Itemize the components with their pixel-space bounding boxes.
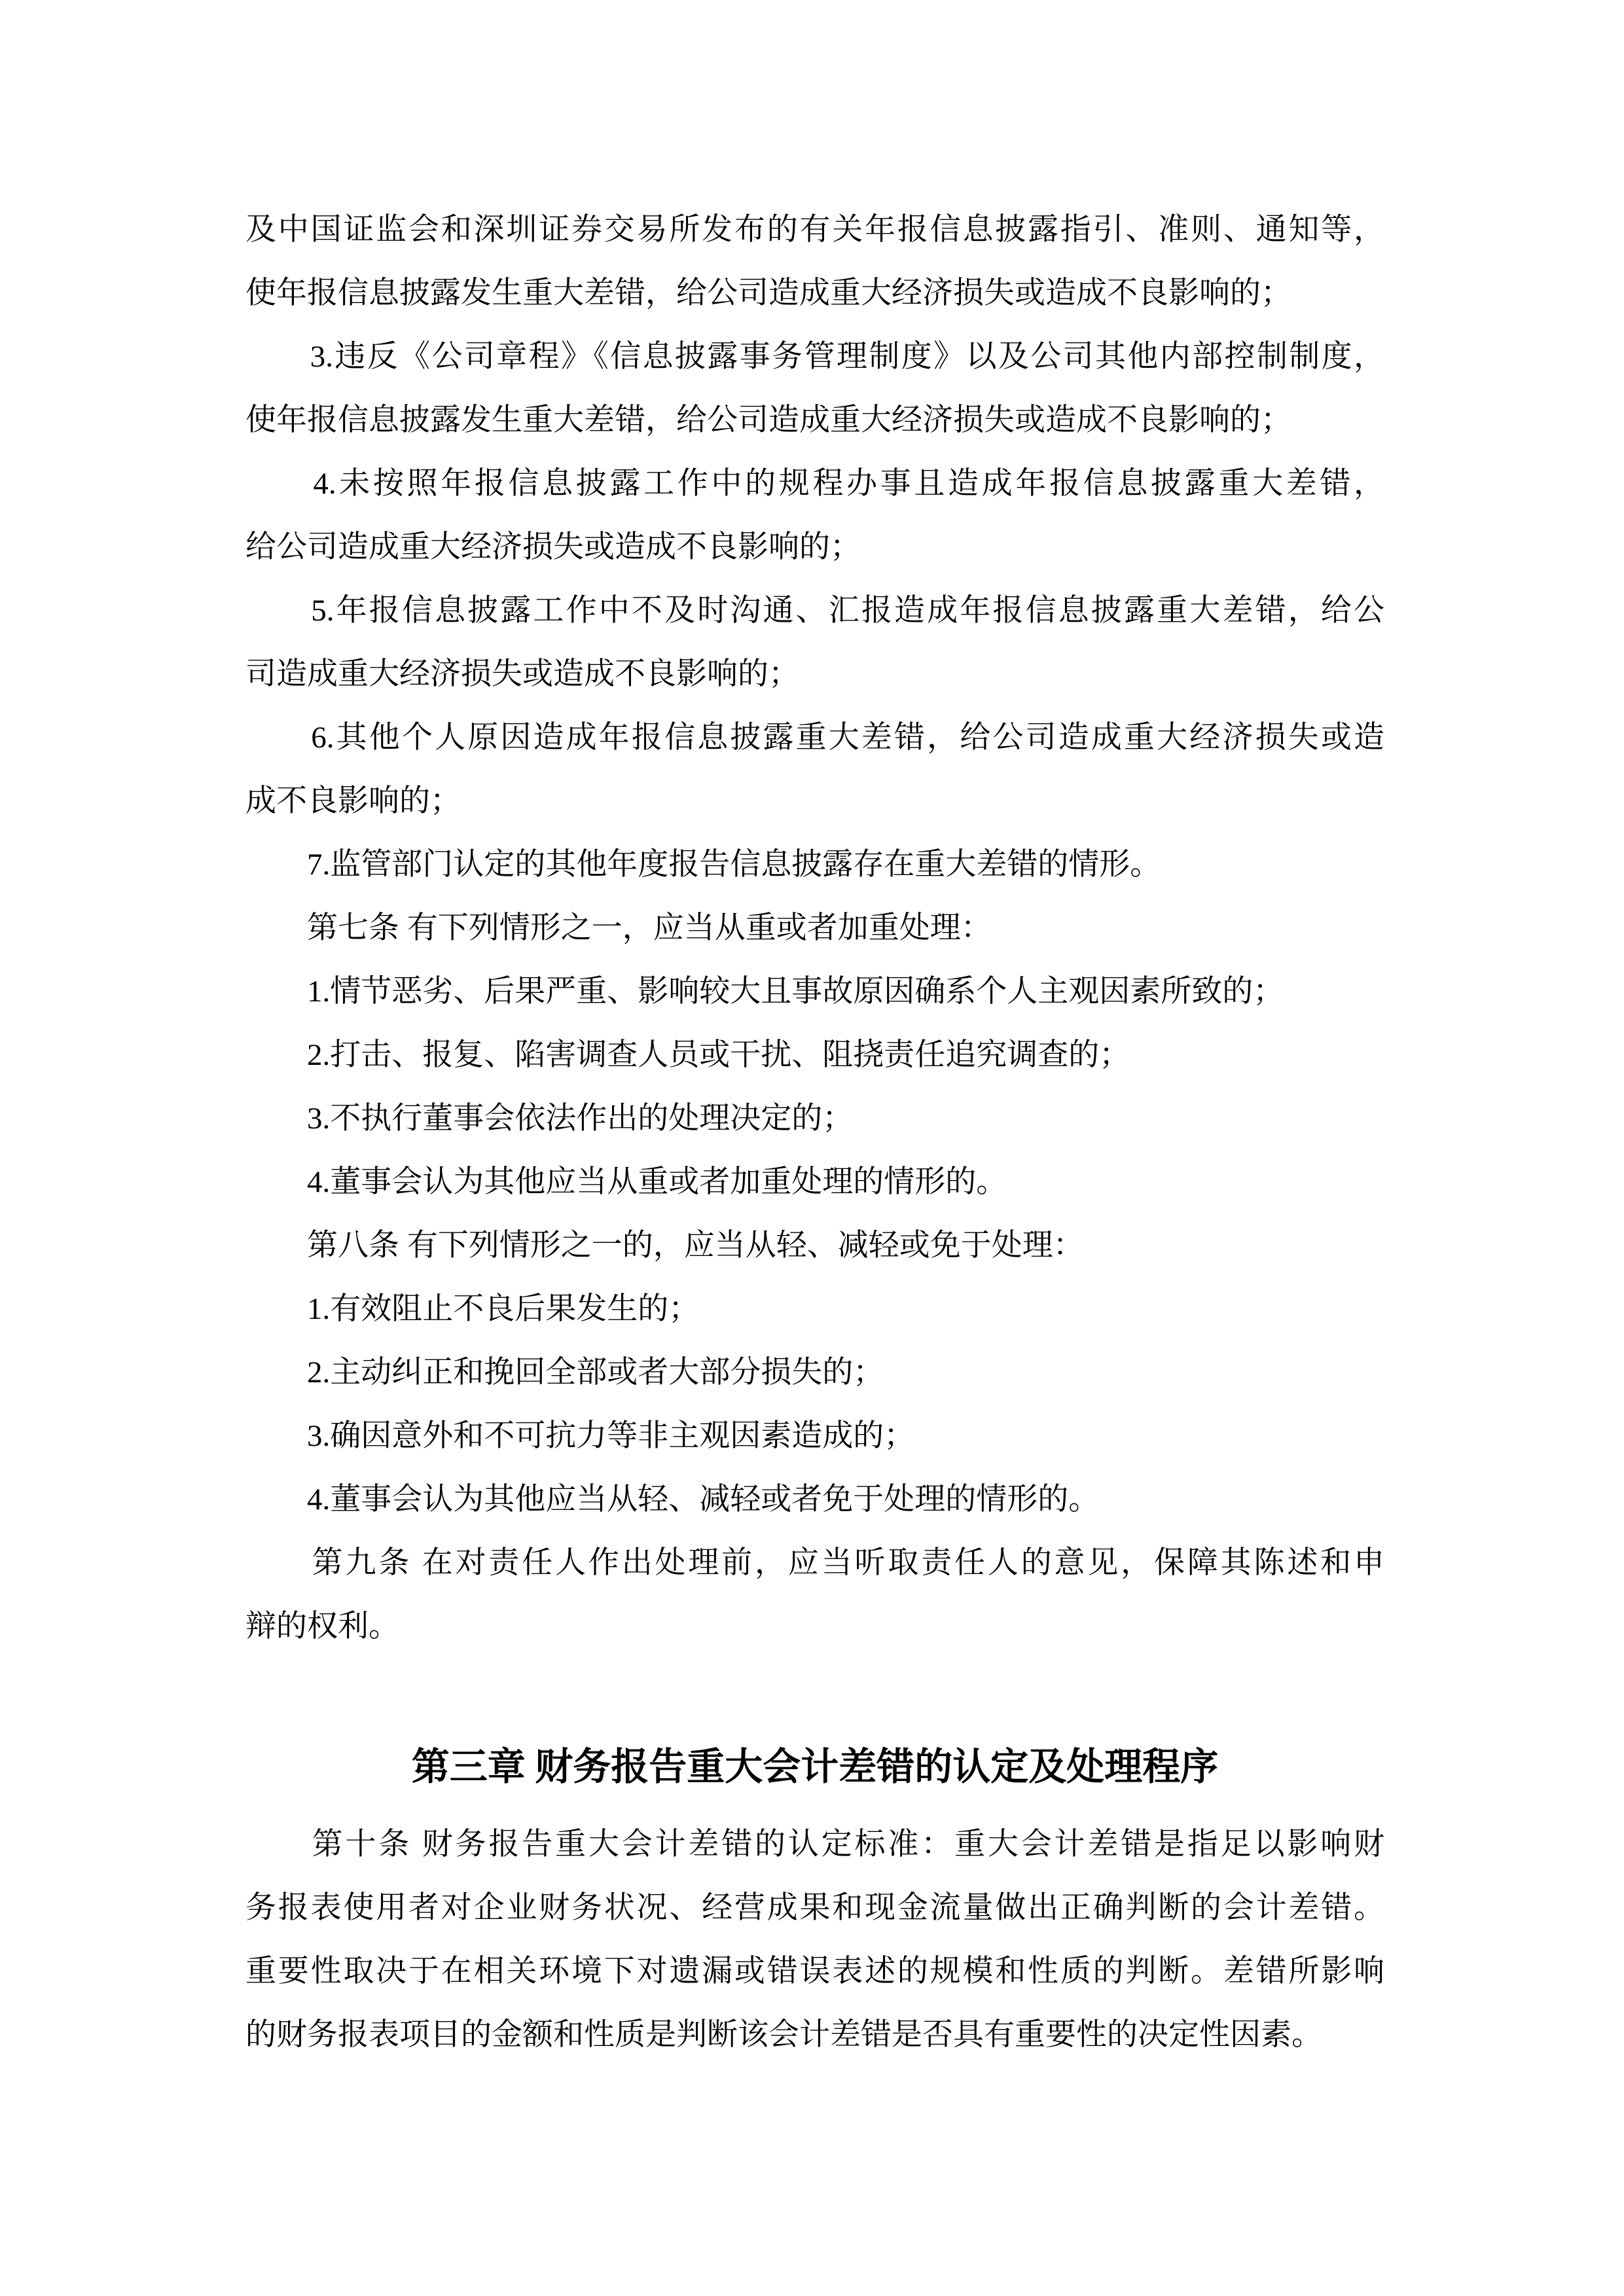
text-line: 2.主动纠正和挽回全部或者大部分损失的； bbox=[245, 1341, 1384, 1405]
text-line: 第十条 财务报告重大会计差错的认定标准：重大会计差错是指足以影响财 bbox=[245, 1813, 1384, 1876]
text-line: 4.未按照年报信息披露工作中的规程办事且造成年报信息披露重大差错， bbox=[245, 452, 1384, 516]
text-line: 3.确因意外和不可抗力等非主观因素造成的； bbox=[245, 1405, 1384, 1468]
text-line: 4.董事会认为其他应当从轻、减轻或者免于处理的情形的。 bbox=[245, 1468, 1384, 1532]
text-line: 7.监管部门认定的其他年度报告信息披露存在重大差错的情形。 bbox=[245, 833, 1384, 897]
text-line: 1.情节恶劣、后果严重、影响较大且事故原因确系个人主观因素所致的； bbox=[245, 960, 1384, 1024]
text-line: 5.年报信息披露工作中不及时沟通、汇报造成年报信息披露重大差错，给公 bbox=[245, 579, 1384, 643]
text-line: 司造成重大经济损失或造成不良影响的； bbox=[245, 643, 1384, 706]
text-line: 4.董事会认为其他应当从重或者加重处理的情形的。 bbox=[245, 1151, 1384, 1214]
tail-text-block: 第十条 财务报告重大会计差错的认定标准：重大会计差错是指足以影响财务报表使用者对… bbox=[245, 1813, 1384, 2067]
text-line: 1.有效阻止不良后果发生的； bbox=[245, 1278, 1384, 1341]
text-line: 使年报信息披露发生重大差错，给公司造成重大经济损失或造成不良影响的； bbox=[245, 389, 1384, 452]
text-line: 辩的权利。 bbox=[245, 1595, 1384, 1659]
text-line: 第八条 有下列情形之一的，应当从轻、减轻或免于处理： bbox=[245, 1214, 1384, 1278]
text-line: 3.违反《公司章程》《信息披露事务管理制度》以及公司其他内部控制制度， bbox=[245, 325, 1384, 389]
document-page: { "colors": { "background": "#ffffff", "… bbox=[0, 0, 1624, 2296]
text-line: 务报表使用者对企业财务状况、经营成果和现金流量做出正确判断的会计差错。 bbox=[245, 1876, 1384, 1940]
text-column: 及中国证监会和深圳证券交易所发布的有关年报信息披露指引、准则、通知等，使年报信息… bbox=[245, 198, 1384, 2067]
text-line: 重要性取决于在相关环境下对遗漏或错误表述的规模和性质的判断。差错所影响 bbox=[245, 1940, 1384, 2003]
text-line: 成不良影响的； bbox=[245, 770, 1384, 833]
text-line: 2.打击、报复、陷害调查人员或干扰、阻挠责任追究调查的； bbox=[245, 1024, 1384, 1087]
text-line: 第七条 有下列情形之一，应当从重或者加重处理： bbox=[245, 897, 1384, 960]
text-line: 及中国证监会和深圳证券交易所发布的有关年报信息披露指引、准则、通知等， bbox=[245, 198, 1384, 262]
chapter-heading: 第三章 财务报告重大会计差错的认定及处理程序 bbox=[245, 1728, 1384, 1806]
text-line: 的财务报表项目的金额和性质是判断该会计差错是否具有重要性的决定性因素。 bbox=[245, 2003, 1384, 2067]
text-line: 3.不执行董事会依法作出的处理决定的； bbox=[245, 1087, 1384, 1151]
text-line: 6.其他个人原因造成年报信息披露重大差错，给公司造成重大经济损失或造 bbox=[245, 706, 1384, 770]
text-line: 给公司造成重大经济损失或造成不良影响的； bbox=[245, 516, 1384, 579]
text-line: 使年报信息披露发生重大差错，给公司造成重大经济损失或造成不良影响的； bbox=[245, 262, 1384, 325]
text-line: 第九条 在对责任人作出处理前，应当听取责任人的意见，保障其陈述和申 bbox=[245, 1532, 1384, 1595]
body-text-block: 及中国证监会和深圳证券交易所发布的有关年报信息披露指引、准则、通知等，使年报信息… bbox=[245, 198, 1384, 1659]
